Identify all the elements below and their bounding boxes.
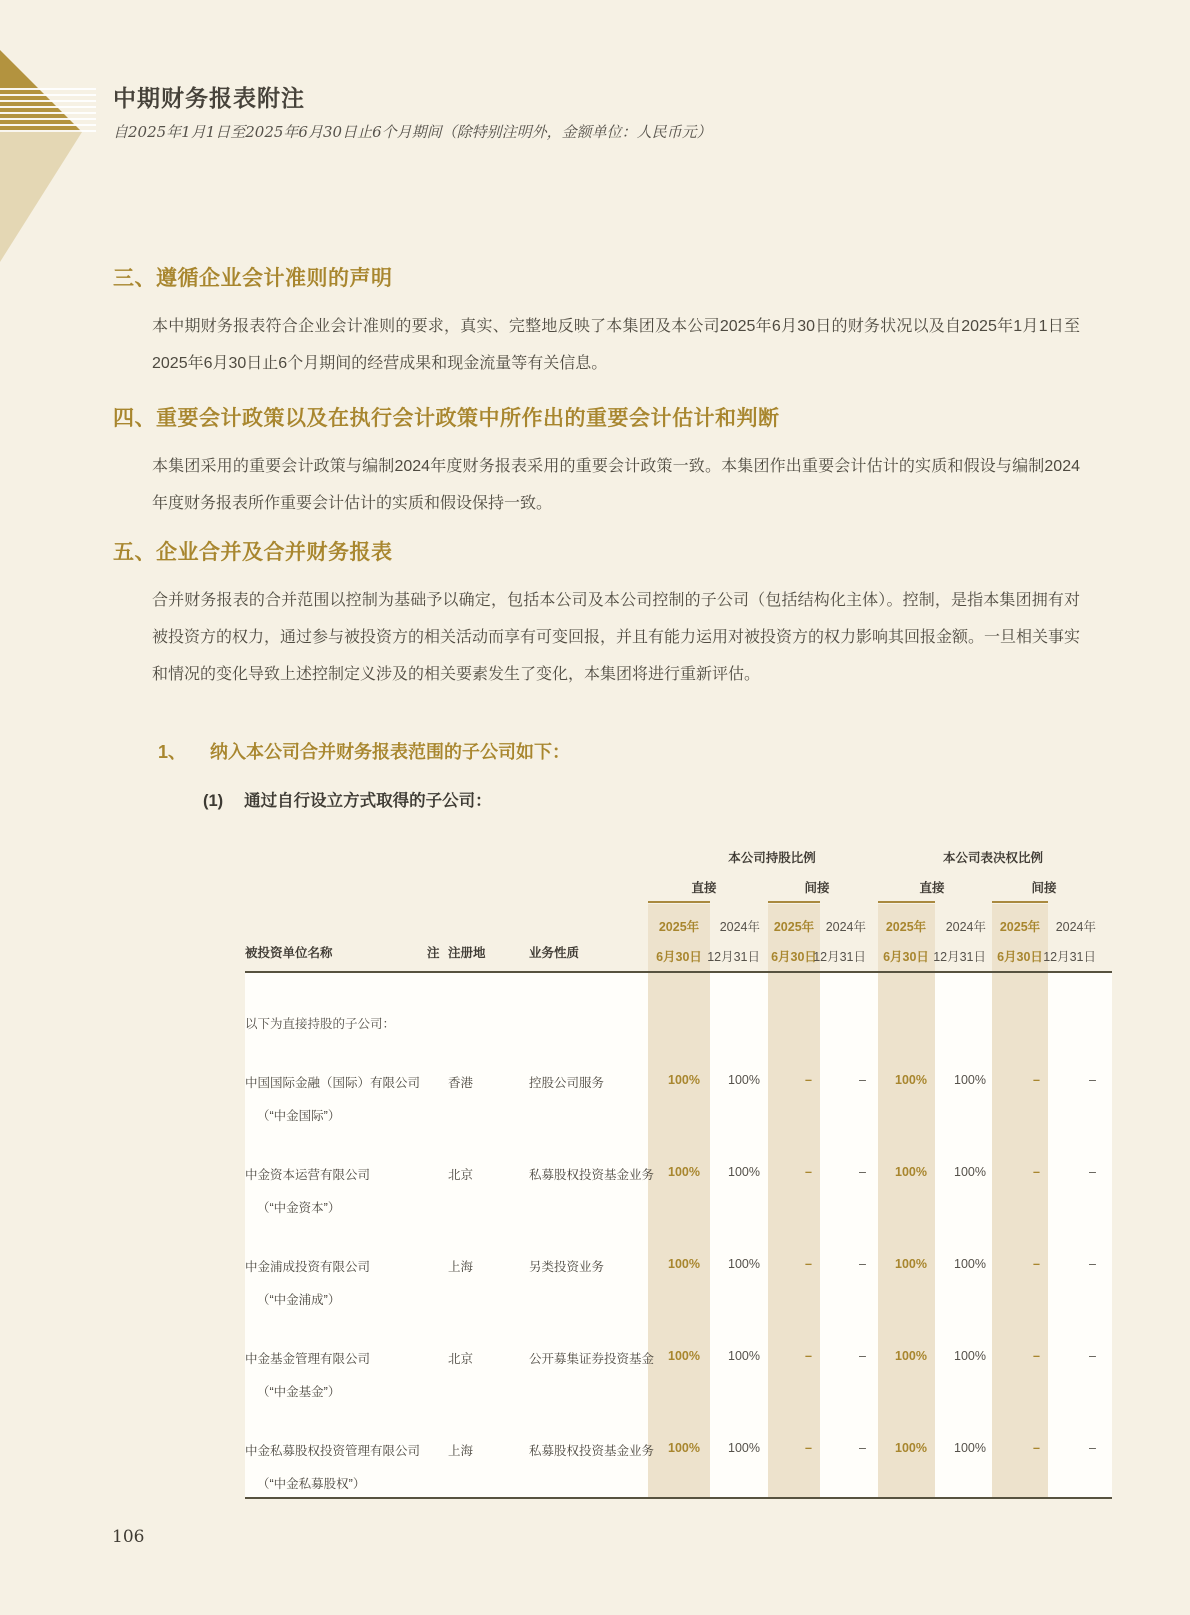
value-voting-indirect-2024: – [1032,1073,1096,1087]
table-bottom-rule [245,1497,1112,1499]
subsection-1-number: 1、 [158,742,186,762]
table-row: 中金资本运营有限公司 （“中金资本”） 北京 私募股权投资基金业务 100% 1… [245,1165,1112,1257]
column-header-name: 被投资单位名称 [245,943,333,961]
value-holding-direct-2025: 100% [636,1349,700,1363]
value-voting-direct-2025: 100% [863,1073,927,1087]
value-voting-direct-2025: 100% [863,1257,927,1271]
page-subtitle: 自2025年1月1日至2025年6月30日止6个月期间（除特别注明外，金额单位：… [113,121,712,142]
section-heading-3: 三、遵循企业会计准则的声明 [113,262,393,292]
section-body-5: 合并财务报表的合并范围以控制为基础予以确定，包括本公司及本公司控制的子公司（包括… [152,582,1080,693]
gold-rule-holding-indirect [768,901,820,903]
subsection-1-1-heading: (1)通过自行设立方式取得的子公司： [203,787,492,811]
section-body-3: 本中期财务报表符合企业会计准则的要求，真实、完整地反映了本集团及本公司2025年… [152,308,1080,382]
value-voting-indirect-2025: – [976,1349,1040,1363]
page-number: 106 [112,1527,144,1547]
sub-header-direct-1: 直接 [691,878,716,896]
value-voting-indirect-2024: – [1032,1257,1096,1271]
date-header-2024-1: 2024年12月31日 [690,912,760,972]
column-header-note: 注 [427,943,440,961]
subsidiaries-table: 本公司持股比例 本公司表决权比例 直接 间接 直接 间接 2025年6月30日 … [245,840,1112,1512]
value-voting-indirect-2024: – [1032,1441,1096,1455]
company-name: 中金基金管理有限公司 [245,1349,370,1367]
logo-stripes-icon [0,84,96,132]
company-name: 中金私募股权投资管理有限公司 [245,1441,420,1459]
column-header-registration: 注册地 [448,943,486,961]
value-holding-indirect-2024: – [802,1073,866,1087]
document-page: 中期财务报表附注 自2025年1月1日至2025年6月30日止6个月期间（除特别… [0,0,1190,1615]
subsection-1-heading: 1、纳入本公司合并财务报表范围的子公司如下： [158,738,570,764]
company-business: 另类投资业务 [529,1257,604,1275]
value-holding-direct-2025: 100% [636,1165,700,1179]
subsection-1-title: 纳入本公司合并财务报表范围的子公司如下： [210,742,570,762]
section-body-4: 本集团采用的重要会计政策与编制2024年度财务报表采用的重要会计政策一致。本集团… [152,448,1080,522]
company-registration-place: 上海 [448,1441,473,1459]
subsection-1-1-title: 通过自行设立方式取得的子公司： [244,792,492,810]
date-header-2024-4: 2024年12月31日 [1026,912,1096,972]
company-registration-place: 香港 [448,1073,473,1091]
table-row: 中金私募股权投资管理有限公司 （“中金私募股权”） 上海 私募股权投资基金业务 … [245,1441,1112,1533]
subsection-1-1-number: (1) [203,792,223,810]
value-voting-direct-2025: 100% [863,1441,927,1455]
company-registration-place: 北京 [448,1165,473,1183]
company-alias: （“中金国际”） [257,1106,340,1124]
value-voting-indirect-2025: – [976,1257,1040,1271]
sub-header-indirect-2: 间接 [1031,878,1056,896]
group-header-holding: 本公司持股比例 [728,848,816,866]
company-business: 控股公司服务 [529,1073,604,1091]
value-voting-indirect-2025: – [976,1441,1040,1455]
sub-header-indirect-1: 间接 [804,878,829,896]
gold-rule-voting-direct [878,901,935,903]
company-alias: （“中金资本”） [257,1198,340,1216]
value-holding-direct-2025: 100% [636,1441,700,1455]
value-voting-direct-2025: 100% [863,1349,927,1363]
table-top-rule [245,971,1112,973]
value-voting-indirect-2024: – [1032,1349,1096,1363]
company-alias: （“中金浦成”） [257,1290,340,1308]
value-holding-indirect-2024: – [802,1165,866,1179]
company-name: 中金资本运营有限公司 [245,1165,370,1183]
gold-rule-holding-direct [648,901,710,903]
value-voting-indirect-2024: – [1032,1165,1096,1179]
value-holding-indirect-2024: – [802,1349,866,1363]
group-header-voting: 本公司表决权比例 [943,848,1043,866]
value-holding-indirect-2024: – [802,1441,866,1455]
value-holding-direct-2025: 100% [636,1073,700,1087]
sub-header-direct-2: 直接 [919,878,944,896]
value-holding-direct-2025: 100% [636,1257,700,1271]
section-heading-4: 四、重要会计政策以及在执行会计政策中所作出的重要会计估计和判断 [113,402,780,432]
company-alias: （“中金基金”） [257,1382,340,1400]
value-voting-indirect-2025: – [976,1073,1040,1087]
date-header-2024-2: 2024年12月31日 [796,912,866,972]
value-voting-indirect-2025: – [976,1165,1040,1179]
date-header-2024-3: 2024年12月31日 [916,912,986,972]
table-row: 中国国际金融（国际）有限公司 （“中金国际”） 香港 控股公司服务 100% 1… [245,1073,1112,1165]
company-name: 中金浦成投资有限公司 [245,1257,370,1275]
logo-triangle-light-icon [0,132,82,262]
gold-rule-voting-indirect [992,901,1048,903]
company-name: 中国国际金融（国际）有限公司 [245,1073,420,1091]
table-row: 中金基金管理有限公司 （“中金基金”） 北京 公开募集证券投资基金 100% 1… [245,1349,1112,1441]
table-row: 中金浦成投资有限公司 （“中金浦成”） 上海 另类投资业务 100% 100% … [245,1257,1112,1349]
page-title: 中期财务报表附注 [113,80,305,113]
company-registration-place: 上海 [448,1257,473,1275]
value-holding-indirect-2024: – [802,1257,866,1271]
company-alias: （“中金私募股权”） [257,1474,365,1492]
table-intro-row: 以下为直接持股的子公司： [245,1014,395,1032]
value-voting-direct-2025: 100% [863,1165,927,1179]
section-heading-5: 五、企业合并及合并财务报表 [113,536,393,566]
column-header-business: 业务性质 [529,943,579,961]
company-registration-place: 北京 [448,1349,473,1367]
